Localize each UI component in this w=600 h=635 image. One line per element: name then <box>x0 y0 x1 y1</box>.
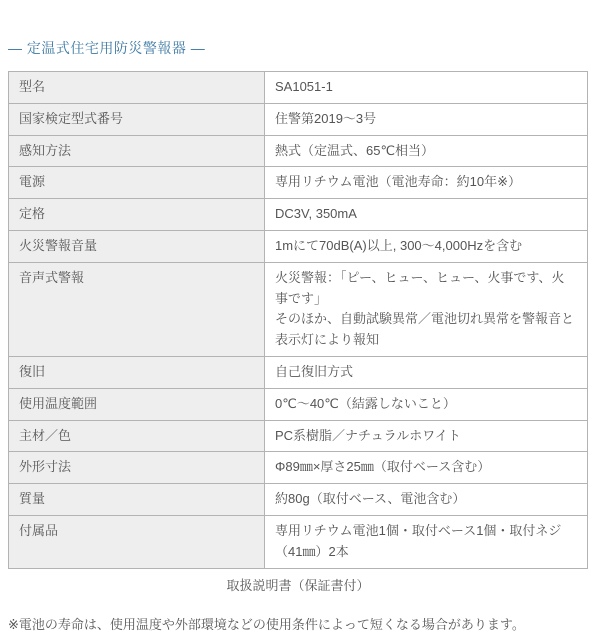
spec-row: 電源専用リチウム電池（電池寿命：約10年※） <box>9 167 588 199</box>
spec-row-label: 質量 <box>9 484 265 516</box>
spec-row-value: 火災警報：「ピー、ヒュー、ヒュー、火事です、火事です」そのほか、自動試験異常／電… <box>265 262 588 356</box>
spec-table: 型名SA1051-1国家検定型式番号住警第2019～3号感知方法熱式（定温式、6… <box>8 71 588 569</box>
spec-row: 外形寸法Φ89㎜×厚さ25㎜（取付ベース含む） <box>9 452 588 484</box>
spec-row-value: 約80g（取付ベース、電池含む） <box>265 484 588 516</box>
spec-row: 音声式警報火災警報：「ピー、ヒュー、ヒュー、火事です、火事です」そのほか、自動試… <box>9 262 588 356</box>
manual-note: 取扱説明書（保証書付） <box>8 576 588 596</box>
spec-row: 付属品専用リチウム電池1個・取付ベース1個・取付ネジ（41㎜）2本 <box>9 515 588 568</box>
spec-row-label: 復旧 <box>9 356 265 388</box>
spec-row: 感知方法熱式（定温式、65℃相当） <box>9 135 588 167</box>
spec-row-value: Φ89㎜×厚さ25㎜（取付ベース含む） <box>265 452 588 484</box>
spec-row-value: 熱式（定温式、65℃相当） <box>265 135 588 167</box>
spec-row: 型名SA1051-1 <box>9 72 588 104</box>
spec-row-label: 国家検定型式番号 <box>9 103 265 135</box>
spec-row-label: 電源 <box>9 167 265 199</box>
spec-row-label: 火災警報音量 <box>9 230 265 262</box>
spec-row-label: 付属品 <box>9 515 265 568</box>
spec-row-value: DC3V, 350mA <box>265 199 588 231</box>
spec-row: 復旧自己復旧方式 <box>9 356 588 388</box>
spec-row: 質量約80g（取付ベース、電池含む） <box>9 484 588 516</box>
spec-row: 定格DC3V, 350mA <box>9 199 588 231</box>
spec-row-label: 主材／色 <box>9 420 265 452</box>
spec-row-value: 住警第2019～3号 <box>265 103 588 135</box>
spec-row-label: 定格 <box>9 199 265 231</box>
spec-row-value: 専用リチウム電池（電池寿命：約10年※） <box>265 167 588 199</box>
spec-row-label: 使用温度範囲 <box>9 388 265 420</box>
spec-page: ― 定温式住宅用防災警報器 ― 型名SA1051-1国家検定型式番号住警第201… <box>0 0 600 635</box>
spec-row: 主材／色PC系樹脂／ナチュラルホワイト <box>9 420 588 452</box>
page-title: ― 定温式住宅用防災警報器 ― <box>8 38 592 58</box>
spec-row-value: 自己復旧方式 <box>265 356 588 388</box>
spec-row-label: 外形寸法 <box>9 452 265 484</box>
spec-row-value: 0℃～40℃（結露しないこと） <box>265 388 588 420</box>
spec-row-value: PC系樹脂／ナチュラルホワイト <box>265 420 588 452</box>
spec-row: 国家検定型式番号住警第2019～3号 <box>9 103 588 135</box>
spec-row-label: 型名 <box>9 72 265 104</box>
spec-row-value: 専用リチウム電池1個・取付ベース1個・取付ネジ（41㎜）2本 <box>265 515 588 568</box>
battery-footnote: ※電池の寿命は、使用温度や外部環境などの使用条件によって短くなる場合があります。 <box>8 615 592 635</box>
spec-row-value: 1mにて70dB(A)以上, 300～4,000Hzを含む <box>265 230 588 262</box>
spec-row-value: SA1051-1 <box>265 72 588 104</box>
spec-row-label: 感知方法 <box>9 135 265 167</box>
spec-row: 火災警報音量1mにて70dB(A)以上, 300～4,000Hzを含む <box>9 230 588 262</box>
spec-row: 使用温度範囲0℃～40℃（結露しないこと） <box>9 388 588 420</box>
spec-row-label: 音声式警報 <box>9 262 265 356</box>
spec-table-body: 型名SA1051-1国家検定型式番号住警第2019～3号感知方法熱式（定温式、6… <box>9 72 588 569</box>
